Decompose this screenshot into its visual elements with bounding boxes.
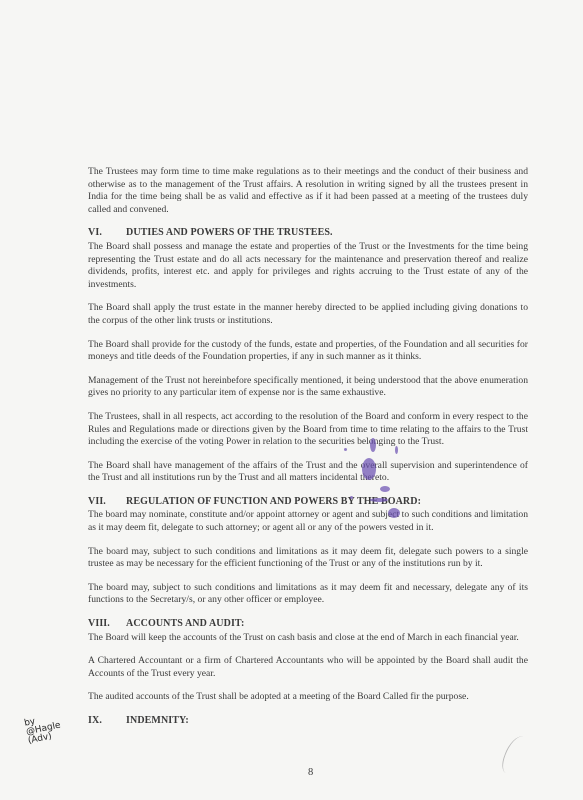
section-heading-viii: VIII.ACCOUNTS AND AUDIT: bbox=[88, 618, 528, 631]
paragraph: The Board shall possess and manage the e… bbox=[88, 241, 528, 291]
document-page: The Trustees may form time to time make … bbox=[0, 0, 583, 800]
paragraph: The Board shall have management of the a… bbox=[88, 460, 528, 485]
section-heading-ix: IX.INDEMNITY: bbox=[88, 715, 528, 728]
paragraph: The board may nominate, constitute and/o… bbox=[88, 509, 528, 534]
paragraph: Management of the Trust not hereinbefore… bbox=[88, 375, 528, 400]
document-body: The Trustees may form time to time make … bbox=[88, 166, 528, 729]
handwritten-note: by @Hagle (Adv) bbox=[24, 713, 64, 747]
section-heading-vi: VI.DUTIES AND POWERS OF THE TRUSTEES. bbox=[88, 227, 528, 240]
paragraph: The audited accounts of the Trust shall … bbox=[88, 691, 528, 704]
paragraph: The Board shall provide for the custody … bbox=[88, 339, 528, 364]
paragraph: The board may, subject to such condition… bbox=[88, 582, 528, 607]
intro-paragraph: The Trustees may form time to time make … bbox=[88, 166, 528, 216]
paragraph: The Board will keep the accounts of the … bbox=[88, 632, 528, 645]
paragraph: The Trustees, shall in all respects, act… bbox=[88, 411, 528, 449]
section-heading-vii: VII.REGULATION OF FUNCTION AND POWERS BY… bbox=[88, 496, 528, 509]
paragraph: The Board shall apply the trust estate i… bbox=[88, 302, 528, 327]
paragraph: A Chartered Accountant or a firm of Char… bbox=[88, 655, 528, 680]
paragraph: The board may, subject to such condition… bbox=[88, 546, 528, 571]
page-number: 8 bbox=[308, 767, 313, 778]
pen-mark bbox=[499, 733, 531, 777]
